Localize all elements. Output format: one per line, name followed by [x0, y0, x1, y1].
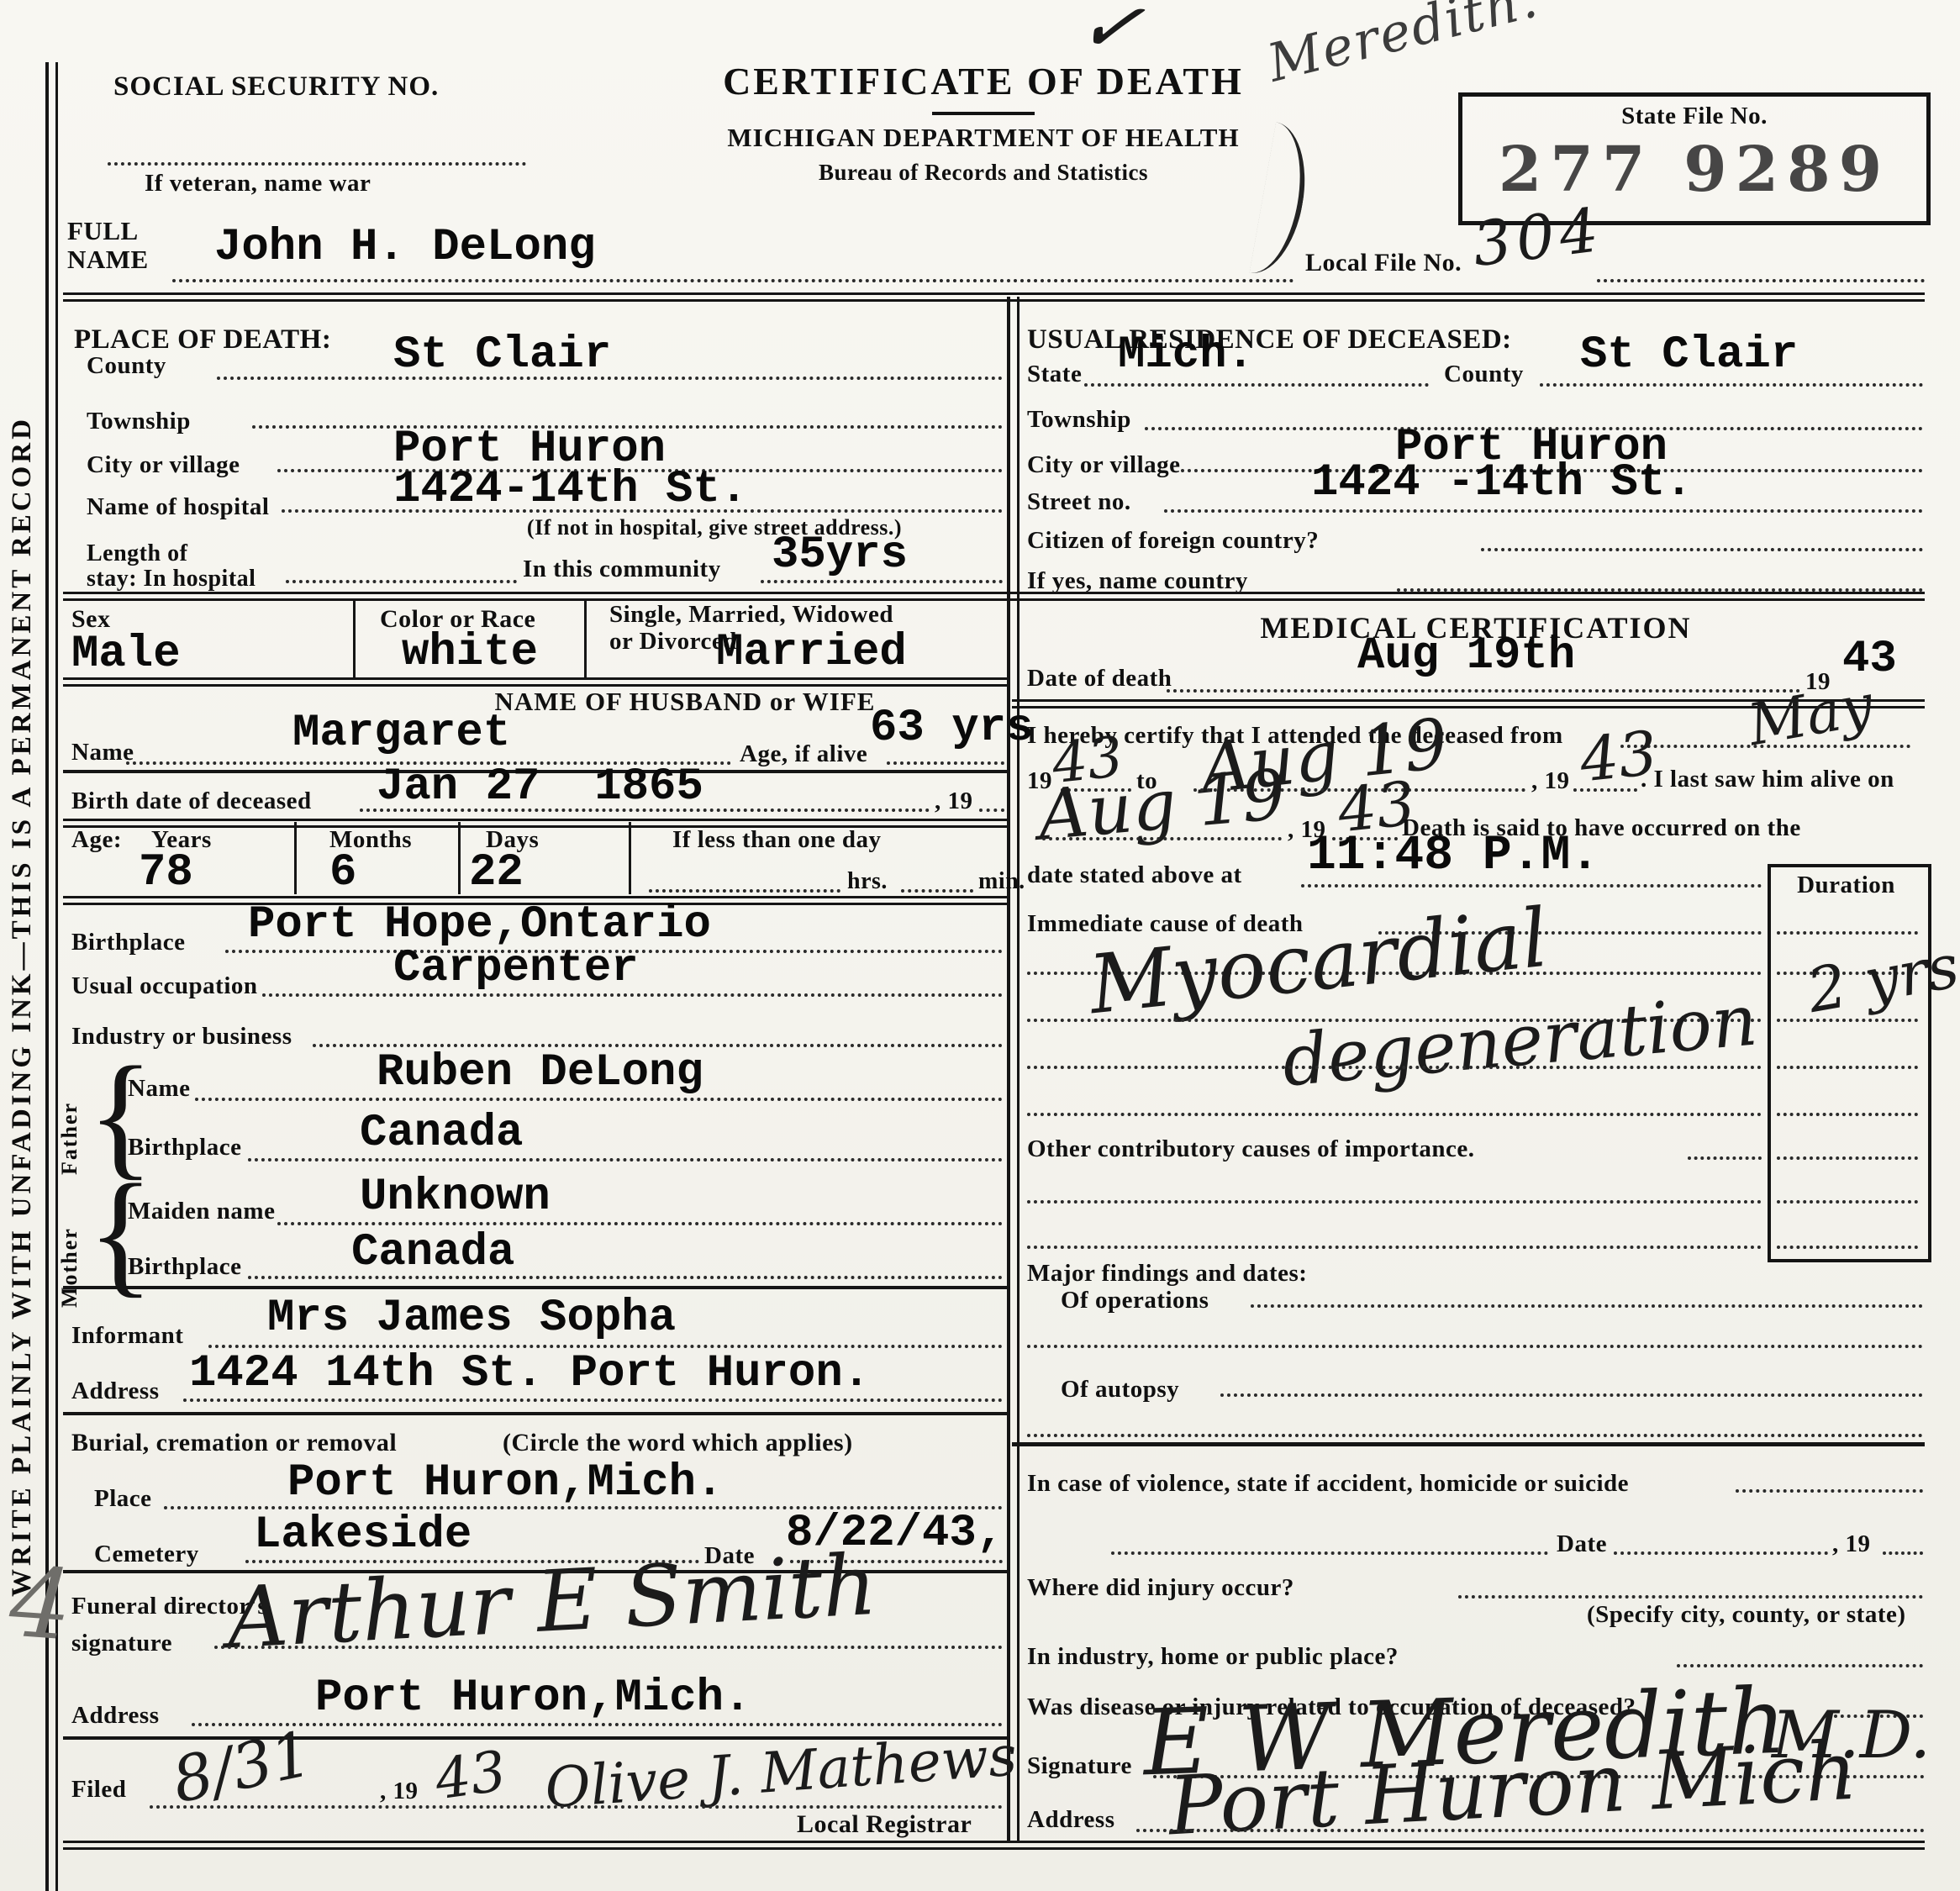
duration-label: Duration: [1771, 872, 1921, 899]
spouse-age-value: 63 yrs: [870, 706, 1033, 751]
hospital-value: 1424-14th St.: [393, 467, 747, 513]
findings-label: Major findings and dates:: [1027, 1261, 1307, 1288]
informant-label: Informant: [71, 1323, 183, 1350]
state-file-label: State File No.: [1462, 103, 1926, 130]
dotted-line: [1027, 1113, 1762, 1116]
physician-signature-label: Signature: [1027, 1753, 1132, 1780]
father-birthplace-value: Canada: [360, 1111, 523, 1156]
dotted-line: [217, 377, 1003, 380]
informant-address-value: 1424 14th St. Port Huron.: [189, 1351, 870, 1397]
section-divider: [63, 592, 1925, 601]
dotted-line: [1027, 1200, 1762, 1204]
death-certificate-scan: WRITE PLAINLY WITH UNFADING INK—THIS IS …: [0, 0, 1960, 1891]
burial-title-note: (Circle the word which applies): [503, 1429, 853, 1456]
birth-date-value: Jan 27 1865: [377, 765, 703, 810]
dotted-line: [150, 1805, 1003, 1809]
community-value: 35yrs: [772, 533, 908, 578]
director-address-value: Port Huron,Mich.: [315, 1676, 751, 1721]
stated-label: date stated above at: [1027, 862, 1242, 889]
mother-birthplace-value: Canada: [351, 1230, 514, 1276]
autopsy-label: Of autopsy: [1061, 1377, 1179, 1404]
section-divider: [63, 292, 1925, 302]
less-than-day-label: If less than one day: [672, 827, 882, 854]
dotted-line: [1620, 745, 1910, 748]
veteran-label: If veteran, name war: [145, 171, 371, 198]
ssn-label: SOCIAL SECURITY NO.: [113, 71, 439, 102]
cell-divider: [353, 600, 356, 677]
department-line: MICHIGAN DEPARTMENT OF HEALTH: [710, 124, 1257, 152]
dotted-line: [1777, 1246, 1918, 1249]
informant-value: Mrs James Sopha: [267, 1296, 676, 1341]
dotted-line: [1777, 1156, 1918, 1160]
spouse-name-label: Name: [71, 740, 134, 766]
burial-place-value: Port Huron,Mich.: [287, 1461, 723, 1506]
father-name-value: Ruben DeLong: [377, 1051, 703, 1096]
bottom-border: [63, 1841, 1925, 1850]
age-days-value: 22: [469, 851, 524, 896]
margin-vertical-note: WRITE PLAINLY WITH UNFADING INK—THIS IS …: [7, 416, 38, 1597]
burial-place-label: Place: [94, 1486, 152, 1513]
dotted-line: [1688, 1156, 1762, 1160]
occupation-label: Usual occupation: [71, 973, 258, 1000]
cell-divider: [294, 822, 297, 894]
informant-address-label: Address: [71, 1378, 160, 1405]
dotted-line: [108, 162, 526, 166]
dotted-line: [1027, 1434, 1923, 1437]
dotted-line: [887, 761, 1004, 765]
row-divider: [63, 1412, 1007, 1415]
marital-label-1: Single, Married, Widowed: [609, 602, 893, 629]
dotted-line: [1597, 279, 1925, 282]
bureau-line: Bureau of Records and Statistics: [710, 161, 1257, 186]
certificate-header: CERTIFICATE OF DEATH MICHIGAN DEPARTMENT…: [710, 61, 1257, 185]
spouse-name-value: Margaret: [292, 711, 510, 756]
mother-sidelabel: Mother: [57, 1227, 82, 1308]
injury-note: (Specify city, county, or state): [1587, 1602, 1906, 1629]
street-value: 1424 -14th St.: [1311, 461, 1693, 506]
dotted-line: [192, 1723, 1003, 1726]
dotted-line: [282, 509, 1003, 513]
full-label: FULL: [67, 217, 139, 245]
dotted-line: [1042, 837, 1282, 840]
hrs-label: hrs.: [847, 869, 888, 895]
dotted-line: [195, 1098, 1003, 1101]
l2-year-prefix-b: , 19: [1531, 768, 1570, 795]
stay-label-1: Length of: [87, 541, 187, 567]
name-label: NAME: [67, 245, 149, 274]
page-title: CERTIFICATE OF DEATH: [710, 61, 1257, 103]
birth-date-suffix: , 19: [935, 788, 973, 815]
director-address-label: Address: [71, 1703, 160, 1730]
birthplace-label: Birthplace: [71, 930, 186, 956]
operations-label: Of operations: [1061, 1288, 1209, 1314]
date-of-death-label: Date of death: [1027, 666, 1172, 693]
marital-value: Married: [716, 630, 907, 676]
community-label: In this community: [523, 556, 721, 583]
dotted-line: [277, 1222, 1003, 1225]
dotted-line: [1777, 1113, 1918, 1116]
row-divider: [1012, 1442, 1925, 1446]
race-value: white: [402, 630, 538, 676]
dotted-line: [183, 1398, 1003, 1402]
dotted-line: [214, 1646, 1003, 1649]
birth-date-label: Birth date of deceased: [71, 788, 312, 815]
row-divider: [63, 677, 1007, 687]
mother-name-value: Unknown: [360, 1175, 551, 1220]
local-file-number: 304: [1469, 199, 1606, 275]
township-label: Township: [87, 408, 191, 435]
county-label: County: [87, 353, 166, 380]
state-label: State: [1027, 361, 1082, 388]
other-causes-label: Other contributory causes of importance.: [1027, 1136, 1475, 1163]
dotted-line: [1027, 1066, 1762, 1069]
injury-label: Where did injury occur?: [1027, 1575, 1294, 1602]
physician-address-label: Address: [1027, 1807, 1115, 1834]
dotted-line: [1111, 1551, 1548, 1555]
dotted-line: [1777, 931, 1918, 935]
dotted-line: [1027, 1246, 1762, 1249]
citizen-label: Citizen of foreign country?: [1027, 528, 1319, 555]
dotted-line: [172, 279, 1294, 282]
father-sidelabel: Father: [57, 1102, 82, 1175]
violence-year-label: , 19: [1832, 1531, 1871, 1558]
county-value: St Clair: [393, 333, 611, 378]
dotted-line: [979, 809, 1004, 812]
dotted-line: [1167, 689, 1800, 693]
filed-year-prefix: , 19: [380, 1778, 419, 1805]
filed-label: Filed: [71, 1777, 126, 1804]
age-months-value: 6: [329, 851, 356, 896]
birthplace-value: Port Hope,Ontario: [248, 903, 711, 948]
dotted-line: [1251, 1304, 1923, 1308]
full-name-value: John H. DeLong: [214, 225, 596, 271]
dotted-line: [1458, 1595, 1923, 1599]
cemetery-label: Cemetery: [94, 1541, 199, 1568]
age-if-alive-label: Age, if alive: [740, 741, 867, 768]
violence-label: In case of violence, state if accident, …: [1027, 1471, 1629, 1498]
stay-label-2: stay: In hospital: [87, 566, 256, 593]
cell-divider: [584, 600, 587, 677]
clerk-annotation: Meredith.: [1262, 0, 1543, 90]
dotted-line: [1301, 884, 1762, 888]
age-years-value: 78: [139, 851, 193, 896]
dotted-line: [248, 1276, 1003, 1279]
dotted-line: [1220, 1393, 1923, 1397]
dotted-line: [1777, 1066, 1918, 1069]
time-of-death-value: 11:48 P.M.: [1307, 832, 1599, 881]
dotted-line: [1614, 1551, 1828, 1555]
hospital-label: Name of hospital: [87, 494, 269, 521]
age-label: Age:: [71, 827, 122, 854]
min-label: min.: [978, 869, 1025, 895]
date-of-death-value: Aug 19th: [1357, 634, 1575, 679]
dotted-line: [1540, 383, 1923, 387]
last-saw-label: . I last saw him alive on: [1641, 766, 1894, 793]
street-label: Street no.: [1027, 489, 1131, 516]
mother-birthplace-label: Birthplace: [128, 1254, 242, 1281]
hospital-note: (If not in hospital, give street address…: [424, 516, 1004, 540]
dotted-line: [1084, 383, 1429, 387]
dotted-line: [649, 889, 840, 893]
state-value: Mich.: [1118, 333, 1254, 378]
residence-title: USUAL RESIDENCE OF DECEASED:: [1027, 324, 1512, 355]
dotted-line: [1573, 788, 1637, 792]
dotted-line: [286, 580, 517, 583]
father-name-label: Name: [128, 1076, 190, 1103]
dotted-line: [262, 993, 1003, 997]
mother-brace: {: [87, 1163, 154, 1302]
dotted-line: [1777, 1200, 1918, 1204]
industry-home-label: In industry, home or public place?: [1027, 1644, 1399, 1671]
filed-year: 43: [432, 1743, 509, 1808]
sex-value: Male: [71, 632, 181, 677]
dotted-line: [248, 1158, 1003, 1161]
mother-name-label: Maiden name: [128, 1198, 275, 1225]
occupation-value: Carpenter: [393, 946, 639, 992]
local-file-label: Local File No.: [1305, 249, 1462, 277]
state-file-number: 277 9289: [1462, 134, 1926, 206]
res-city-label: City or village: [1027, 452, 1181, 479]
cell-divider: [458, 822, 461, 894]
column-divider: [1007, 297, 1020, 1841]
dotted-line: [1736, 1489, 1923, 1493]
res-county-value: St Clair: [1580, 333, 1798, 378]
dotted-line: [1677, 1664, 1923, 1667]
place-of-death-title: PLACE OF DEATH:: [74, 324, 331, 355]
dotted-line: [1164, 509, 1923, 513]
burial-title: Burial, cremation or removal: [71, 1429, 397, 1456]
cell-divider: [629, 822, 631, 894]
dotted-line: [901, 889, 973, 893]
registrar-label: Local Registrar: [797, 1810, 972, 1838]
dotted-line: [1481, 548, 1923, 551]
row-divider: [63, 1286, 1007, 1289]
director-label-2: signature: [71, 1630, 172, 1657]
dotted-line: [1136, 1829, 1925, 1832]
dotted-line: [761, 580, 1003, 583]
violence-date-label: Date: [1557, 1531, 1607, 1558]
res-county-label: County: [1444, 361, 1524, 388]
title-underline: [932, 112, 1035, 115]
res-township-label: Township: [1027, 407, 1131, 434]
dotted-line: [360, 809, 930, 812]
city-label: City or village: [87, 452, 240, 479]
registrar-signature: Olive J. Mathews: [543, 1728, 1019, 1816]
dotted-line: [1027, 1345, 1923, 1348]
dotted-line: [1883, 1551, 1923, 1555]
cemetery-value: Lakeside: [254, 1513, 472, 1558]
